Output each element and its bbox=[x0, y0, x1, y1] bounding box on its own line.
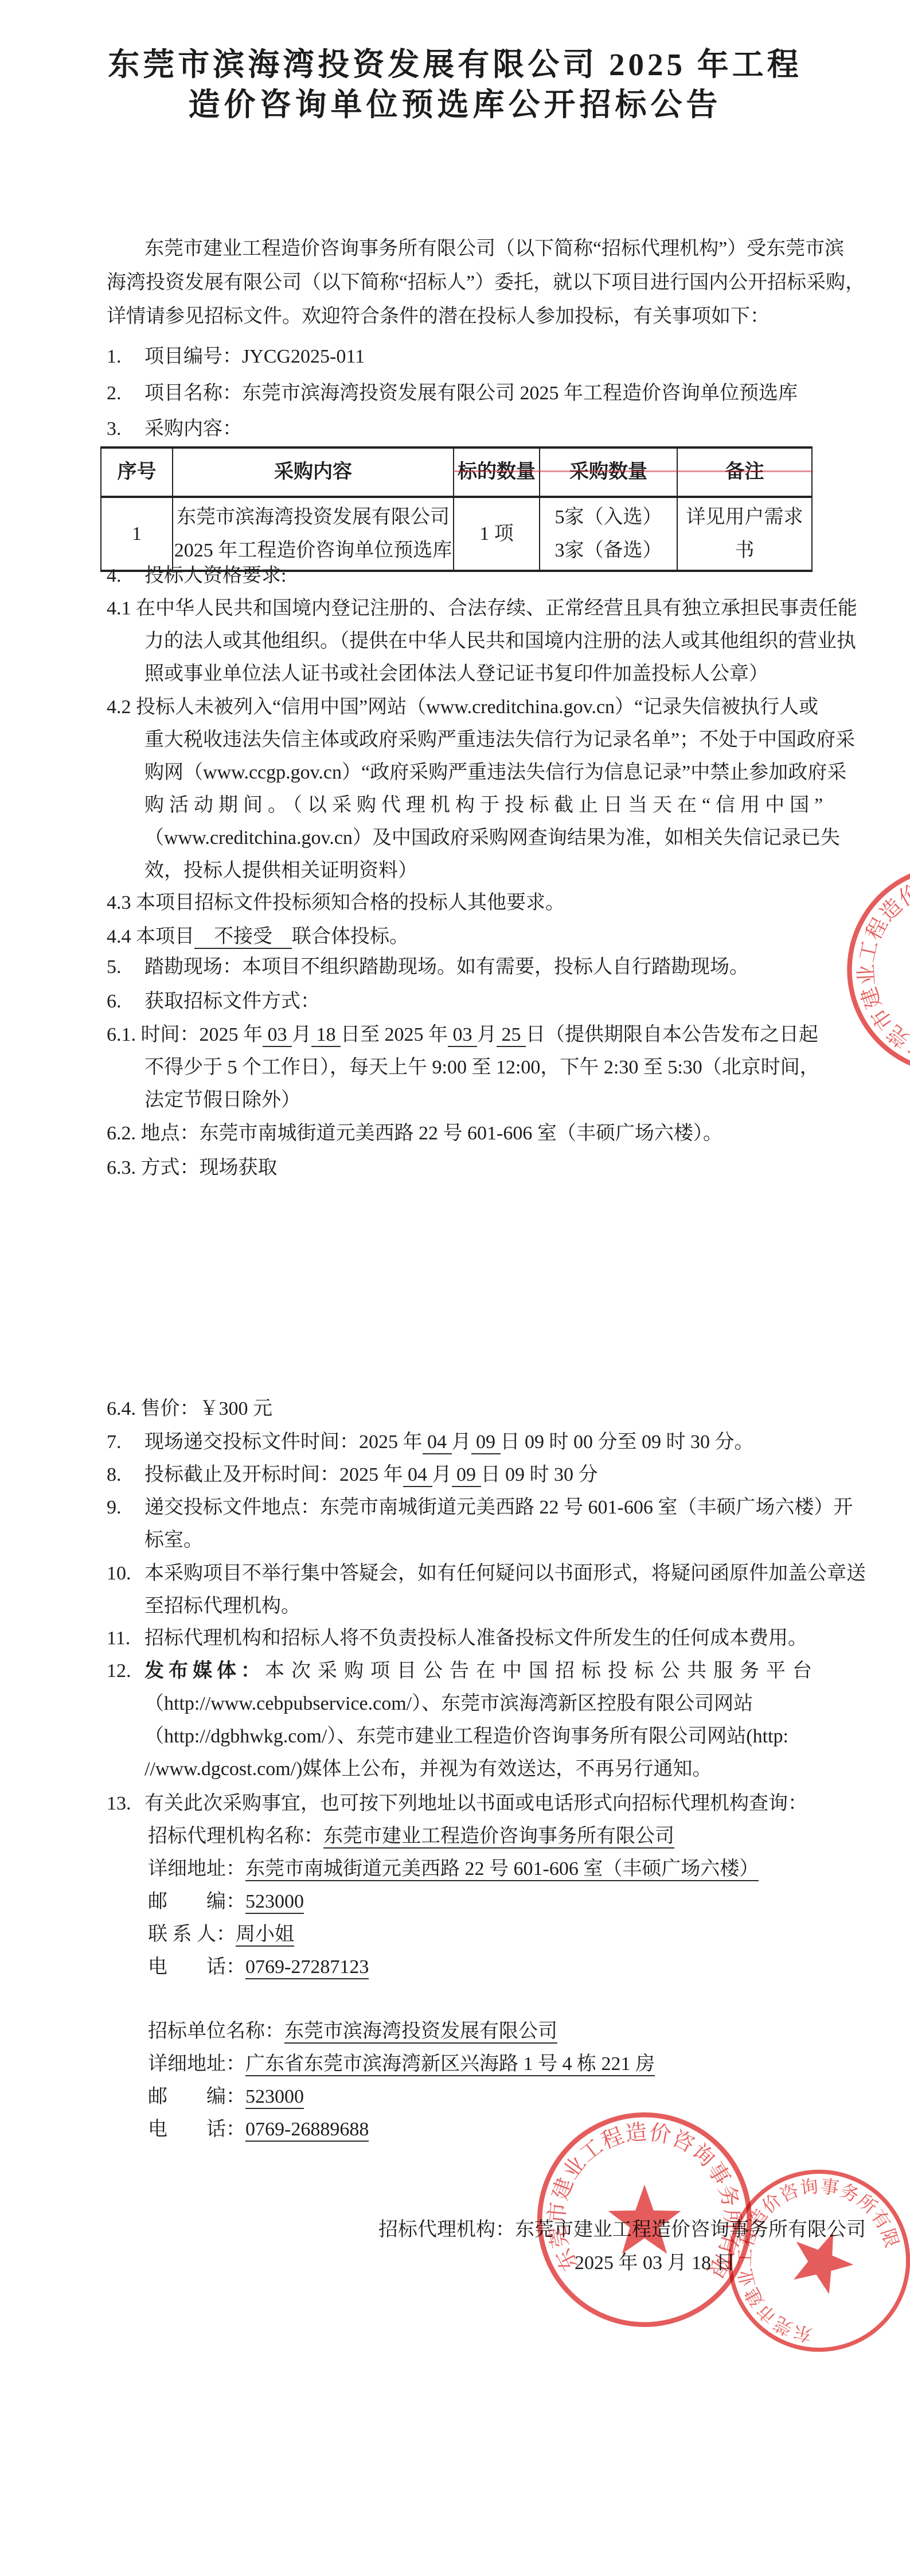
item-12-label: 发布媒体： bbox=[144, 1660, 265, 1682]
agency-address-row: 详细地址：东莞市南城街道元美西路 22 号 601-606 室（丰硕广场六楼） bbox=[148, 1853, 870, 1885]
item-9-line1: 9.递交投标文件地点：东莞市南城街道元美西路 22 号 601-606 室（丰硕… bbox=[107, 1491, 829, 1524]
col-header-remark: 备注 bbox=[677, 448, 812, 497]
agency-postcode-row: 邮 编：523000 bbox=[148, 1885, 870, 1918]
item-8-seg0: 投标截止及开标时间：2025 年 bbox=[144, 1464, 403, 1485]
item-6-1-seg3: 月 bbox=[477, 1024, 497, 1045]
item-4-2-line2: 重大税收违法失信主体或政府采购严重违法失信行为记录名单”；不处于中国政府采 bbox=[107, 723, 829, 756]
item-9-number: 9. bbox=[107, 1491, 144, 1524]
agency-name-value: 东莞市建业工程造价咨询事务所有限公司 bbox=[323, 1826, 674, 1849]
tenderer-name-row: 招标单位名称：东莞市滨海湾投资发展有限公司 bbox=[148, 2015, 870, 2048]
item-12-line4: //www.dgcost.com/)媒体上公布，并视为有效送达，不再另行通知。 bbox=[107, 1753, 829, 1785]
item-12-number: 12. bbox=[107, 1655, 144, 1687]
item-6-1-seg4: 日（提供期限自本公告发布之日起 bbox=[526, 1024, 818, 1045]
col-header-content: 采购内容 bbox=[173, 448, 454, 497]
item-6-obtain-docs: 6.获取招标文件方式： bbox=[107, 985, 829, 1018]
item-4-4-post: 联合体投标。 bbox=[292, 926, 409, 947]
item-4-1-line1: 4.1 在中华人民共和国境内登记注册的、合法存续、正常经营且具有独立承担民事责任… bbox=[107, 592, 829, 625]
item-6-1-seg1: 月 bbox=[292, 1024, 311, 1045]
item-9-submission-place: 9.递交投标文件地点：东莞市南城街道元美西路 22 号 601-606 室（丰硕… bbox=[107, 1491, 829, 1557]
item-11-cost-disclaimer: 11.招标代理机构和招标人将不负责投标人准备投标文件所发生的任何成本费用。 bbox=[107, 1622, 829, 1655]
item-8-number: 8. bbox=[107, 1458, 144, 1491]
item-6-1-line1: 6.1. 时间：2025 年 03 月 18 日至 2025 年 03 月 25… bbox=[107, 1018, 829, 1051]
item-6-1-day2: 25 bbox=[497, 1024, 526, 1047]
item-4-4-not-accept: 不接受 bbox=[194, 926, 292, 949]
item-9-text1: 递交投标文件地点：东莞市南城街道元美西路 22 号 601-606 室（丰硕广场… bbox=[144, 1497, 853, 1518]
item-10-text1: 本采购项目不举行集中答疑会，如有任何疑问以书面形式，将疑问函原件加盖公章送 bbox=[144, 1563, 866, 1584]
item-1-number: 1. bbox=[107, 340, 144, 373]
item-6-4-text: 6.4. 售价：￥300 元 bbox=[107, 1398, 272, 1419]
tenderer-contact-block: 招标单位名称：东莞市滨海湾投资发展有限公司 详细地址：广东省东莞市滨海湾新区兴海… bbox=[148, 2015, 870, 2146]
col-header-seq: 序号 bbox=[101, 448, 173, 497]
item-13-number: 13. bbox=[107, 1787, 144, 1820]
item-7-month: 04 bbox=[423, 1431, 452, 1454]
item-6-3-method: 6.3. 方式：现场获取 bbox=[107, 1151, 829, 1184]
item-8-seg1: 月 bbox=[432, 1464, 452, 1485]
seal-star-icon bbox=[903, 920, 910, 1018]
item-3-procurement-content: 3.采购内容： bbox=[107, 413, 829, 445]
item-4-4: 4.4 本项目 不接受 联合体投标。 bbox=[107, 920, 829, 953]
item-1-project-number: 1.项目编号：JYCG2025-011 bbox=[107, 340, 829, 373]
footer-date: 2025 年 03 月 18 日 bbox=[575, 2247, 736, 2275]
intro-line-2: 海湾投资发展有限公司（以下简称“招标人”）委托，就以下项目进行国内公开招标采购， bbox=[107, 266, 829, 299]
item-7-day: 09 bbox=[471, 1431, 501, 1454]
table-header-row: 序号 采购内容 标的数量 采购数量 备注 bbox=[101, 448, 812, 497]
item-6-1-day1: 18 bbox=[311, 1024, 341, 1047]
item-6-1-line2: 不得少于 5 个工作日），每天上午 9:00 至 12:00，下午 2:30 至… bbox=[107, 1051, 829, 1084]
item-6-3-text: 6.3. 方式：现场获取 bbox=[107, 1157, 278, 1178]
item-12-text1: 本次采购项目公告在中国招标投标公共服务平台 bbox=[265, 1660, 819, 1682]
item-4-3-text: 4.3 本项目招标文件投标须知合格的投标人其他要求。 bbox=[107, 892, 565, 913]
item-4-2-line6: 效，投标人提供相关证明资料） bbox=[107, 854, 829, 887]
item-4-2: 4.2 投标人未被列入“信用中国”网站（www.creditchina.gov.… bbox=[107, 691, 829, 887]
item-5-text: 踏勘现场：本项目不组织踏勘现场。如有需要，投标人自行踏勘现场。 bbox=[144, 956, 749, 978]
agency-postcode-label: 邮 编： bbox=[148, 1891, 245, 1912]
tenderer-postcode-row: 邮 编：523000 bbox=[148, 2080, 870, 2113]
cell-purchase-qty-line1: 5家（入选） bbox=[540, 501, 677, 534]
item-8-deadline: 8.投标截止及开标时间：2025 年 04 月 09 日 09 时 30 分 bbox=[107, 1458, 829, 1491]
item-12-publish-media: 12.发布媒体：本次采购项目公告在中国招标投标公共服务平台 （http://ww… bbox=[107, 1655, 829, 1785]
item-4-2-line4: 购活动期间。（以采购代理机构于投标截止日当天在“信用中国” bbox=[107, 789, 829, 822]
scan-red-line-artifact bbox=[453, 470, 813, 472]
item-3-text: 采购内容： bbox=[144, 418, 242, 439]
item-7-seg1: 月 bbox=[452, 1431, 471, 1453]
item-6-4-price: 6.4. 售价：￥300 元 bbox=[107, 1392, 829, 1425]
tenderer-address-row: 详细地址：广东省东莞市滨海湾新区兴海路 1 号 4 栋 221 房 bbox=[148, 2048, 870, 2080]
agency-contact-person-row: 联 系 人：周小姐 bbox=[148, 1918, 870, 1951]
item-2-project-name: 2.项目名称：东莞市滨海湾投资发展有限公司 2025 年工程造价咨询单位预选库 bbox=[107, 377, 829, 410]
item-13-inquiry: 13.有关此次采购事宜，也可按下列地址以书面或电话形式向招标代理机构查询： bbox=[107, 1787, 829, 1820]
item-4-2-line3: 购网（www.ccgp.gov.cn）“政府采购严重违法失信行为信息记录”中禁止… bbox=[107, 756, 829, 789]
item-4-2-line1: 4.2 投标人未被列入“信用中国”网站（www.creditchina.gov.… bbox=[107, 691, 829, 723]
item-9-line2: 标室。 bbox=[107, 1524, 829, 1557]
item-6-1-month2: 03 bbox=[448, 1024, 477, 1047]
item-4-1-line3: 照或事业单位法人证书或社会团体法人登记证书复印件加盖投标人公章） bbox=[107, 657, 829, 690]
item-12-line1: 12.发布媒体：本次采购项目公告在中国招标投标公共服务平台 bbox=[107, 1655, 829, 1687]
tenderer-name-label: 招标单位名称： bbox=[148, 2021, 284, 2042]
item-4-1: 4.1 在中华人民共和国境内登记注册的、合法存续、正常经营且具有独立承担民事责任… bbox=[107, 592, 829, 690]
col-header-lot-qty: 标的数量 bbox=[454, 448, 540, 497]
tenderer-address-value: 广东省东莞市滨海湾新区兴海路 1 号 4 栋 221 房 bbox=[245, 2053, 655, 2076]
item-4-1-line2: 力的法人或其他组织。（提供在中华人民共和国境内注册的法人或其他组织的营业执 bbox=[107, 625, 829, 657]
item-10-no-qa-meeting: 10.本采购项目不举行集中答疑会，如有任何疑问以书面形式，将疑问函原件加盖公章送… bbox=[107, 1557, 829, 1622]
item-6-text: 获取招标文件方式： bbox=[144, 991, 320, 1012]
item-6-1-seg0: 6.1. 时间：2025 年 bbox=[107, 1024, 263, 1045]
item-6-2-place: 6.2. 地点：东莞市南城街道元美西路 22 号 601-606 室（丰硕广场六… bbox=[107, 1117, 829, 1150]
item-6-1-time: 6.1. 时间：2025 年 03 月 18 日至 2025 年 03 月 25… bbox=[107, 1018, 829, 1116]
agency-phone-label: 电 话： bbox=[148, 1956, 245, 1978]
item-10-line1: 10.本采购项目不举行集中答疑会，如有任何疑问以书面形式，将疑问函原件加盖公章送 bbox=[107, 1557, 829, 1590]
footer-agency-signature: 招标代理机构：东莞市建业工程造价咨询事务所有限公司 bbox=[378, 2213, 866, 2242]
document-title-line1: 东莞市滨海湾投资发展有限公司 2025 年工程 bbox=[0, 45, 910, 85]
tenderer-phone-row: 电 话：0769-26889688 bbox=[148, 2113, 870, 2146]
tenderer-name-value: 东莞市滨海湾投资发展有限公司 bbox=[284, 2021, 557, 2044]
item-12-line3: （http://dgbhwkg.com/）、东莞市建业工程造价咨询事务所有限公司… bbox=[107, 1720, 829, 1753]
intro-line-3: 详情请参见招标文件。欢迎符合条件的潜在投标人参加投标，有关事项如下： bbox=[107, 299, 829, 333]
document-title: 东莞市滨海湾投资发展有限公司 2025 年工程 造价咨询单位预选库公开招标公告 bbox=[0, 45, 910, 125]
item-11-text: 招标代理机构和招标人将不负责投标人准备投标文件所发生的任何成本费用。 bbox=[144, 1628, 807, 1649]
agency-name-label: 招标代理机构名称： bbox=[148, 1826, 323, 1847]
cell-content-line1: 东莞市滨海湾投资发展有限公司 bbox=[173, 501, 453, 534]
agency-postcode-value: 523000 bbox=[245, 1891, 304, 1914]
item-7-number: 7. bbox=[107, 1426, 144, 1458]
item-6-1-line3: 法定节假日除外） bbox=[107, 1084, 829, 1116]
item-5-site-visit: 5.踏勘现场：本项目不组织踏勘现场。如有需要，投标人自行踏勘现场。 bbox=[107, 951, 829, 983]
item-4-text: 投标人资格要求: bbox=[144, 565, 286, 586]
item-5-number: 5. bbox=[107, 951, 144, 983]
agency-contact-person-label: 联 系 人： bbox=[148, 1924, 236, 1945]
item-7-seg2: 日 09 时 00 分至 09 时 30 分。 bbox=[501, 1431, 754, 1453]
agency-phone-row: 电 话：0769-27287123 bbox=[148, 1951, 870, 1983]
tenderer-phone-label: 电 话： bbox=[148, 2119, 245, 2140]
item-8-month: 04 bbox=[403, 1464, 432, 1487]
agency-contact-block: 招标代理机构名称：东莞市建业工程造价咨询事务所有限公司 详细地址：东莞市南城街道… bbox=[148, 1820, 870, 1983]
item-1-text: 项目编号：JYCG2025-011 bbox=[144, 346, 365, 367]
item-10-line2: 至招标代理机构。 bbox=[107, 1590, 829, 1622]
item-12-line2: （http://www.cebpubservice.com/）、东莞市滨海湾新区… bbox=[107, 1687, 829, 1720]
item-6-1-month1: 03 bbox=[263, 1024, 292, 1047]
item-4-4-pre: 4.4 本项目 bbox=[107, 926, 194, 947]
col-header-purchase-qty: 采购数量 bbox=[540, 448, 677, 497]
item-13-text: 有关此次采购事宜，也可按下列地址以书面或电话形式向招标代理机构查询： bbox=[144, 1793, 807, 1814]
item-7-submission-time: 7.现场递交投标文件时间：2025 年 04 月 09 日 09 时 00 分至… bbox=[107, 1426, 829, 1458]
item-11-number: 11. bbox=[107, 1622, 144, 1655]
agency-address-label: 详细地址： bbox=[148, 1858, 245, 1880]
agency-contact-person-value: 周小姐 bbox=[236, 1924, 294, 1947]
item-2-number: 2. bbox=[107, 377, 144, 410]
agency-address-value: 东莞市南城街道元美西路 22 号 601-606 室（丰硕广场六楼） bbox=[245, 1858, 759, 1881]
agency-name-row: 招标代理机构名称：东莞市建业工程造价咨询事务所有限公司 bbox=[148, 1820, 870, 1853]
item-8-day: 09 bbox=[452, 1464, 481, 1487]
item-6-2-text: 6.2. 地点：东莞市南城街道元美西路 22 号 601-606 室（丰硕广场六… bbox=[107, 1123, 722, 1144]
item-10-number: 10. bbox=[107, 1557, 144, 1590]
intro-line-1: 东莞市建业工程造价咨询事务所有限公司（以下简称“招标代理机构”）受东莞市滨 bbox=[107, 232, 829, 266]
item-2-text: 项目名称：东莞市滨海湾投资发展有限公司 2025 年工程造价咨询单位预选库 bbox=[144, 383, 798, 404]
document-title-line2: 造价咨询单位预选库公开招标公告 bbox=[0, 85, 910, 125]
item-6-number: 6. bbox=[107, 985, 144, 1018]
tenderer-postcode-value: 523000 bbox=[245, 2086, 304, 2109]
tenderer-phone-value: 0769-26889688 bbox=[245, 2119, 369, 2142]
item-4-2-line5: （www.creditchina.gov.cn）及中国政府采购网查询结果为准，如… bbox=[107, 822, 829, 854]
item-3-number: 3. bbox=[107, 413, 144, 445]
item-4-3: 4.3 本项目招标文件投标须知合格的投标人其他要求。 bbox=[107, 886, 829, 919]
item-8-seg2: 日 09 时 30 分 bbox=[481, 1464, 598, 1485]
tenderer-address-label: 详细地址： bbox=[148, 2053, 245, 2075]
agency-phone-value: 0769-27287123 bbox=[245, 1956, 369, 1979]
item-7-seg0: 现场递交投标文件时间：2025 年 bbox=[144, 1431, 423, 1453]
item-4-number: 4. bbox=[107, 559, 144, 592]
intro-paragraph: 东莞市建业工程造价咨询事务所有限公司（以下简称“招标代理机构”）受东莞市滨 海湾… bbox=[107, 232, 829, 333]
item-6-1-seg2: 日至 2025 年 bbox=[341, 1024, 448, 1045]
scanned-tender-announcement-page: 东莞市滨海湾投资发展有限公司 2025 年工程 造价咨询单位预选库公开招标公告 … bbox=[0, 0, 910, 2576]
tenderer-postcode-label: 邮 编： bbox=[148, 2086, 245, 2107]
cell-remark-line1: 详见用户需求 bbox=[678, 501, 811, 534]
procurement-table: 序号 采购内容 标的数量 采购数量 备注 1 东莞市滨海湾投资发展有限公司 20… bbox=[100, 446, 813, 572]
item-4-qualification: 4.投标人资格要求: bbox=[107, 559, 829, 592]
